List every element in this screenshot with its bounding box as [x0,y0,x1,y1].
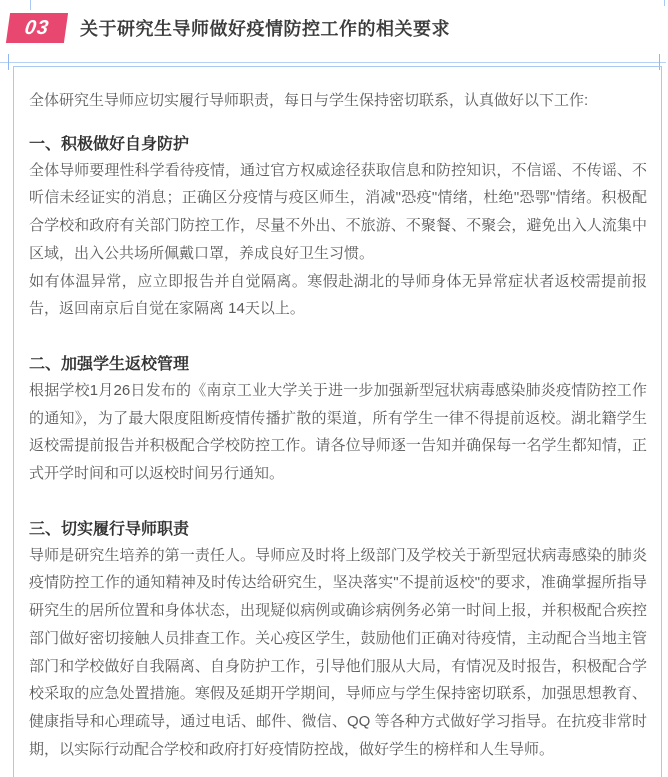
gridline-tick-top-right [664,0,665,6]
section-3-heading: 三、切实履行导师职责 [29,518,647,542]
section-1-heading: 一、积极做好自身防护 [29,133,647,157]
section-number-badge: 03 [6,13,68,43]
section-2-heading: 二、加强学生返校管理 [29,353,647,377]
section-2-paragraph-1: 根据学校1月26日发布的《南京工业大学关于进一步加强新型冠状病毒感染肺炎疫情防控… [29,377,647,488]
header-divider-line [0,62,666,63]
section-3-paragraph-1: 导师是研究生培养的第一责任人。导师应及时将上级部门及学校关于新型冠状病毒感染的肺… [29,542,647,764]
section-1-paragraph-2: 如有体温异常，应立即报告并自觉隔离。寒假赴湖北的导师身体无异常症状者返校需提前报… [29,268,647,323]
gridline-tick-top-left [30,0,31,10]
section-number: 03 [23,17,50,40]
section-1-paragraph-1: 全体导师要理性科学看待疫情，通过官方权威途径获取信息和防控知识，不信谣、不传谣、… [29,157,647,268]
section-header: 03 关于研究生导师做好疫情防控工作的相关要求 [8,13,450,43]
intro-paragraph: 全体研究生导师应切实履行导师职责，每日与学生保持密切联系，认真做好以下工作: [29,87,647,115]
page-title: 关于研究生导师做好疫情防控工作的相关要求 [80,15,450,41]
document-text: 全体研究生导师应切实履行导师职责，每日与学生保持密切联系，认真做好以下工作: 一… [29,87,647,763]
document-body-cell: 全体研究生导师应切实履行导师职责，每日与学生保持密切联系，认真做好以下工作: 一… [13,66,662,777]
gridline-cross-left [8,54,9,70]
